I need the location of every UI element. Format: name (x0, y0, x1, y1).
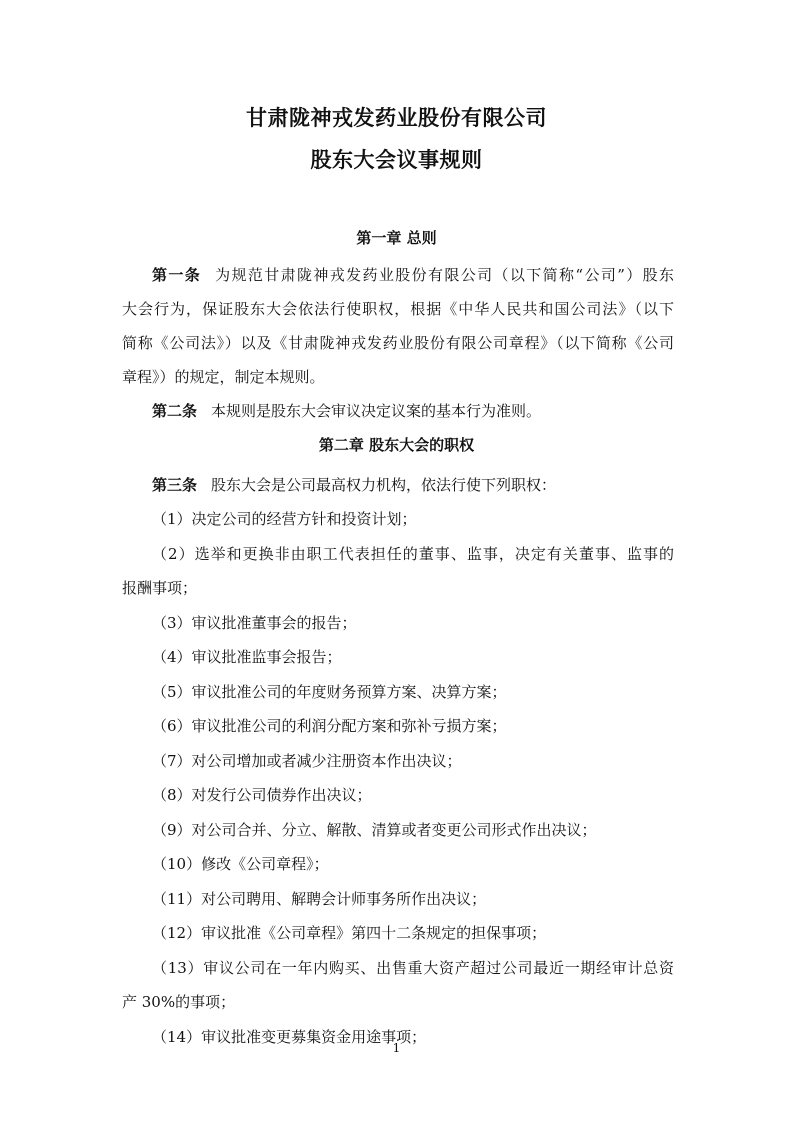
document-title-company: 甘肃陇神戎发药业股份有限公司 (0, 104, 793, 132)
list-item-2-cont: 报酬事项； (122, 577, 674, 599)
list-item-12: （12）审议批准《公司章程》第四十二条规定的担保事项； (152, 922, 674, 944)
list-item-1: （1）决定公司的经营方针和投资计划； (152, 508, 674, 530)
list-item-9: （9）对公司合并、分立、解散、清算或者变更公司形式作出决议； (152, 819, 674, 841)
article-text: 为规范甘肃陇神戎发药业股份有限公司（以下简称“公司”）股东 (215, 266, 674, 284)
article-1-line-3: 简称《公司法》）以及《甘肃陇神戎发药业股份有限公司章程》（以下简称《公司 (122, 332, 674, 354)
page-number: 1 (0, 1040, 793, 1056)
chapter-heading-1: 第一章 总则 (0, 227, 793, 249)
article-label: 第二条 (152, 402, 197, 420)
document-title-rules: 股东大会议事规则 (0, 146, 793, 174)
list-item-5: （5）审议批准公司的年度财务预算方案、决算方案； (152, 681, 674, 703)
document-page: 甘肃陇神戎发药业股份有限公司 股东大会议事规则 第一章 总则 第一条为规范甘肃陇… (0, 0, 793, 1122)
list-item-7: （7）对公司增加或者减少注册资本作出决议； (152, 750, 674, 772)
article-1-line-4: 章程》）的规定，制定本规则。 (122, 366, 674, 388)
list-item-13-cont: 产 30%的事项； (122, 991, 674, 1013)
list-item-10: （10）修改《公司章程》； (152, 853, 674, 875)
list-item-13: （13）审议公司在一年内购买、出售重大资产超过公司最近一期经审计总资 (152, 957, 674, 979)
article-text: 本规则是股东大会审议决定议案的基本行为准则。 (211, 402, 541, 420)
article-text: 股东大会是公司最高权力机构，依法行使下列职权： (211, 476, 556, 494)
list-item-11: （11）对公司聘用、解聘会计师事务所作出决议； (152, 888, 674, 910)
article-label: 第三条 (152, 476, 197, 494)
list-item-4: （4）审议批准监事会报告； (152, 646, 674, 668)
list-item-3: （3）审议批准董事会的报告； (152, 612, 674, 634)
article-2: 第二条本规则是股东大会审议决定议案的基本行为准则。 (152, 400, 674, 422)
article-label: 第一条 (152, 266, 201, 284)
article-1-line-1: 第一条为规范甘肃陇神戎发药业股份有限公司（以下简称“公司”）股东 (152, 264, 674, 286)
list-item-6: （6）审议批准公司的利润分配方案和弥补亏损方案； (152, 715, 674, 737)
list-item-8: （8）对发行公司债券作出决议； (152, 784, 674, 806)
chapter-heading-2: 第二章 股东大会的职权 (0, 434, 793, 456)
list-item-2: （2）选举和更换非由职工代表担任的董事、监事，决定有关董事、监事的 (152, 543, 674, 565)
article-1-line-2: 大会行为，保证股东大会依法行使职权，根据《中华人民共和国公司法》（以下 (122, 298, 674, 320)
article-3: 第三条股东大会是公司最高权力机构，依法行使下列职权： (152, 474, 674, 496)
